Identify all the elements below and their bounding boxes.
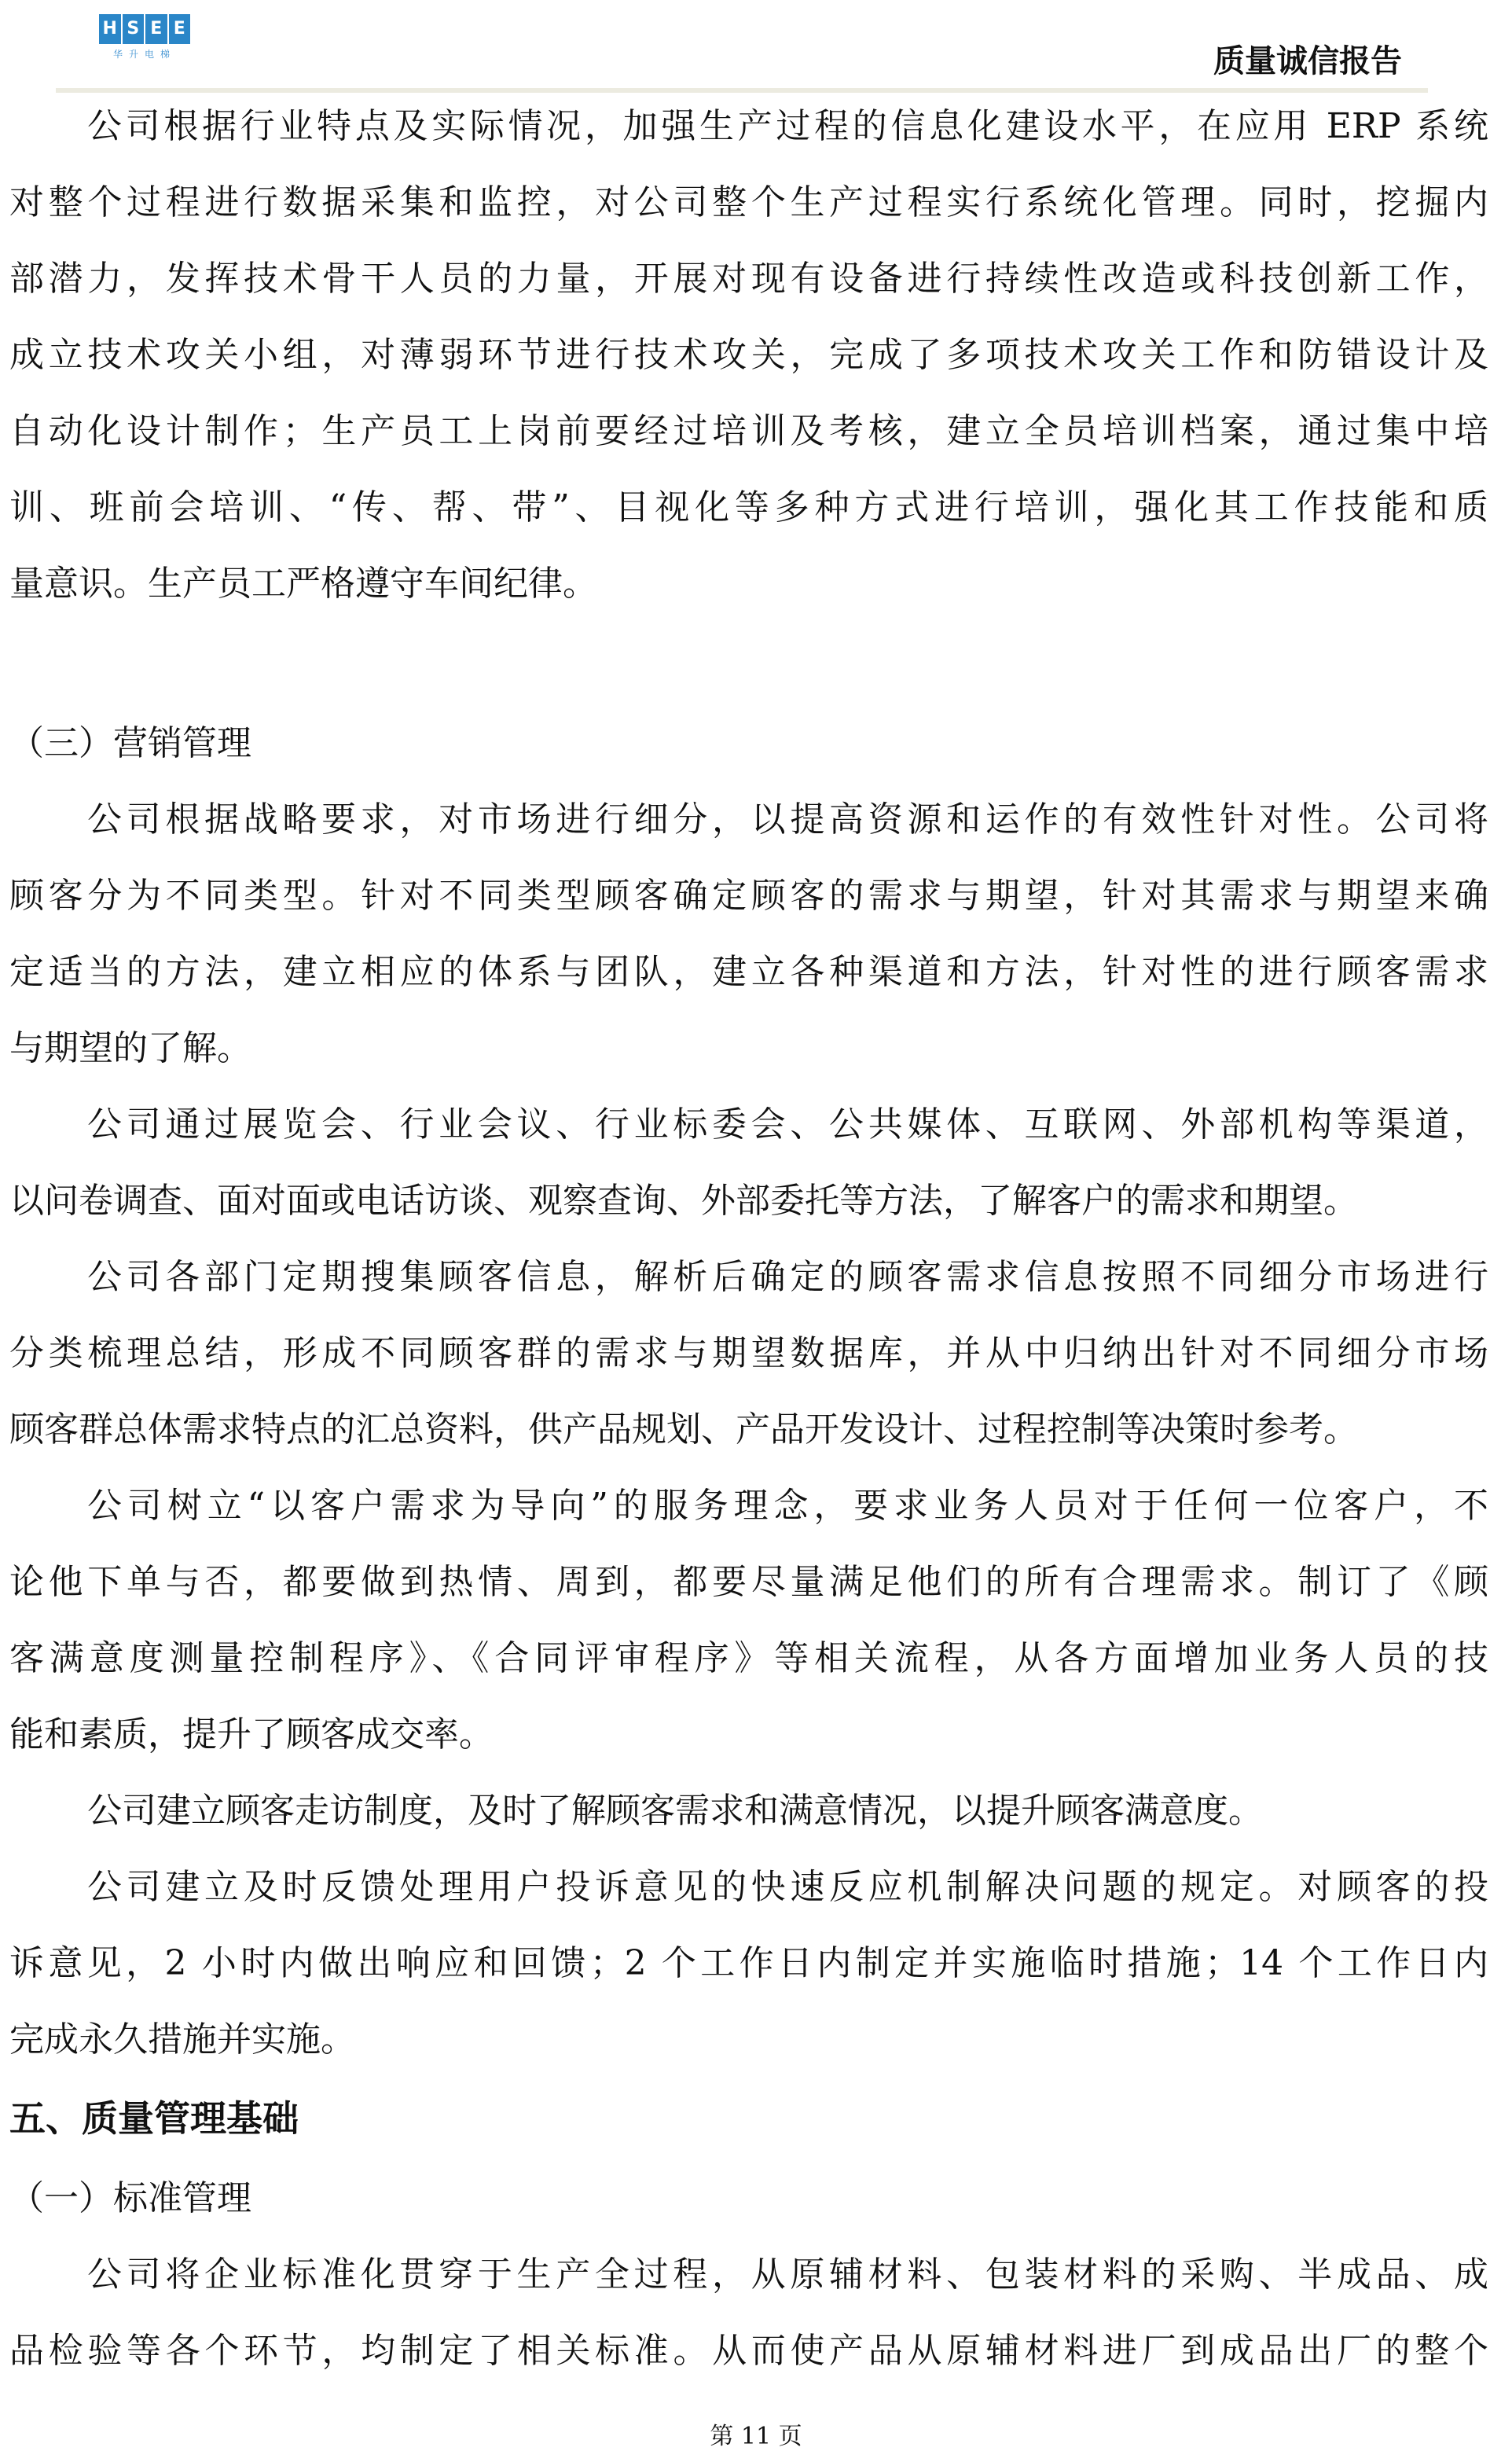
paragraph-line: 公司树立“以客户需求为导向”的服务理念，要求业务人员对于任何一位客户，不	[9, 1468, 1488, 1544]
paragraph: 公司各部门定期搜集顾客信息，解析后确定的顾客需求信息按照不同细分市场进行分类梳理…	[9, 1239, 1488, 1468]
blank-line	[9, 622, 1488, 705]
paragraph-line: 以问卷调查、面对面或电话访谈、观察查询、外部委托等方法，了解客户的需求和期望。	[9, 1163, 1488, 1239]
paragraph-line: 能和素质，提升了顾客成交率。	[9, 1696, 1488, 1773]
document-body: 公司根据行业特点及实际情况，加强生产过程的信息化建设水平，在应用 ERP 系统对…	[9, 88, 1488, 2389]
paragraph-line: 部潜力，发挥技术骨干人员的力量，开展对现有设备进行持续性改造或科技创新工作，	[9, 241, 1488, 317]
paragraph-line: 顾客分为不同类型。针对不同类型顾客确定顾客的需求与期望，针对其需求与期望来确	[9, 858, 1488, 934]
paragraph-line: 量意识。生产员工严格遵守车间纪律。	[9, 546, 1488, 622]
paragraph: 公司树立“以客户需求为导向”的服务理念，要求业务人员对于任何一位客户，不论他下单…	[9, 1468, 1488, 1773]
company-logo: H S E E 华升电梯	[99, 14, 190, 61]
paragraph: 公司根据战略要求，对市场进行细分，以提高资源和运作的有效性针对性。公司将顾客分为…	[9, 781, 1488, 1086]
section-heading: 五、质量管理基础	[9, 2078, 1488, 2160]
paragraph-line: 公司建立及时反馈处理用户投诉意见的快速反应机制解决问题的规定。对顾客的投	[9, 1849, 1488, 1925]
paragraph: 公司建立顾客走访制度，及时了解顾客需求和满意情况，以提升顾客满意度。	[9, 1773, 1488, 1849]
paragraph-line: 训、班前会培训、“传、帮、带”、目视化等多种方式进行培训，强化其工作技能和质	[9, 469, 1488, 546]
document-header-title: 质量诚信报告	[1213, 41, 1402, 82]
paragraph-line: 公司建立顾客走访制度，及时了解顾客需求和满意情况，以提升顾客满意度。	[9, 1773, 1488, 1849]
paragraph-line: 客满意度测量控制程序》、《合同评审程序》等相关流程，从各方面增加业务人员的技	[9, 1620, 1488, 1696]
page-number: 第 11 页	[0, 2421, 1512, 2453]
logo-subtitle: 华升电梯	[99, 47, 190, 61]
paragraph-line: 公司各部门定期搜集顾客信息，解析后确定的顾客需求信息按照不同细分市场进行	[9, 1239, 1488, 1315]
paragraph-line: 对整个过程进行数据采集和监控，对公司整个生产过程实行系统化管理。同时，挖掘内	[9, 164, 1488, 241]
paragraph-line: 成立技术攻关小组，对薄弱环节进行技术攻关，完成了多项技术攻关工作和防错设计及	[9, 317, 1488, 393]
paragraph-line: 公司根据战略要求，对市场进行细分，以提高资源和运作的有效性针对性。公司将	[9, 781, 1488, 858]
logo-tile: H	[99, 14, 121, 44]
logo-tile: E	[169, 14, 191, 44]
paragraph-line: 公司通过展览会、行业会议、行业标委会、公共媒体、互联网、外部机构等渠道，	[9, 1086, 1488, 1163]
section-subheading: （三）营销管理	[9, 705, 1488, 781]
paragraph-line: 自动化设计制作；生产员工上岗前要经过培训及考核，建立全员培训档案，通过集中培	[9, 393, 1488, 469]
paragraph-line: 完成永久措施并实施。	[9, 2001, 1488, 2078]
paragraph-line: 与期望的了解。	[9, 1010, 1488, 1086]
paragraph-line: 公司根据行业特点及实际情况，加强生产过程的信息化建设水平，在应用 ERP 系统	[9, 88, 1488, 164]
paragraph-line: 定适当的方法，建立相应的体系与团队，建立各种渠道和方法，针对性的进行顾客需求	[9, 934, 1488, 1010]
section-subheading: （一）标准管理	[9, 2160, 1488, 2236]
paragraph: 公司建立及时反馈处理用户投诉意见的快速反应机制解决问题的规定。对顾客的投诉意见，…	[9, 1849, 1488, 2078]
paragraph-line: 分类梳理总结，形成不同顾客群的需求与期望数据库，并从中归纳出针对不同细分市场	[9, 1315, 1488, 1391]
paragraph-line: 诉意见，2 小时内做出响应和回馈；2 个工作日内制定并实施临时措施；14 个工作…	[9, 1925, 1488, 2001]
paragraph-line: 论他下单与否，都要做到热情、周到，都要尽量满足他们的所有合理需求。制订了《顾	[9, 1544, 1488, 1620]
paragraph: 公司根据行业特点及实际情况，加强生产过程的信息化建设水平，在应用 ERP 系统对…	[9, 88, 1488, 622]
logo-tile: S	[123, 14, 145, 44]
logo-tiles: H S E E	[99, 14, 190, 44]
paragraph-line: 品检验等各个环节，均制定了相关标准。从而使产品从原辅材料进厂到成品出厂的整个	[9, 2313, 1488, 2389]
paragraph-line: 公司将企业标准化贯穿于生产全过程，从原辅材料、包装材料的采购、半成品、成	[9, 2236, 1488, 2313]
paragraph-line: 顾客群总体需求特点的汇总资料，供产品规划、产品开发设计、过程控制等决策时参考。	[9, 1391, 1488, 1468]
logo-tile: E	[145, 14, 167, 44]
paragraph: 公司通过展览会、行业会议、行业标委会、公共媒体、互联网、外部机构等渠道，以问卷调…	[9, 1086, 1488, 1239]
paragraph: 公司将企业标准化贯穿于生产全过程，从原辅材料、包装材料的采购、半成品、成品检验等…	[9, 2236, 1488, 2389]
